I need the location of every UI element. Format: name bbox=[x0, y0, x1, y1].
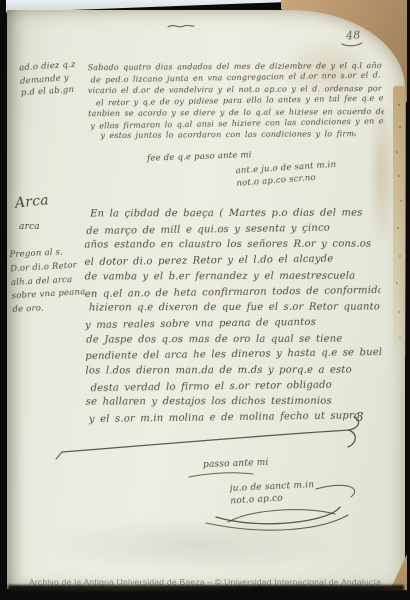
act-paragraph: En la çibdad de baeça ( Martes p.o dias … bbox=[84, 205, 382, 427]
margin-note-top: ad.o diez q.zdemande yp.d el ab.gn bbox=[19, 58, 93, 100]
margin-note-side: Pregon al s.D.or di.o Retoralh.a del arc… bbox=[9, 245, 93, 318]
manuscript-scan-photo: { "colors": { "frame": "#0c0b09", "parch… bbox=[0, 0, 410, 600]
scan-bottom-edge bbox=[8, 585, 404, 591]
margin-subheading-arca: arca bbox=[19, 222, 40, 232]
paper-stain bbox=[44, 518, 344, 572]
folio-number: 48 bbox=[345, 28, 360, 42]
notary-signature: ju.o de sanct m.innot.o ap.co bbox=[229, 479, 315, 507]
adjacent-page-edge-right bbox=[393, 86, 406, 358]
manuscript-line: y estos juntos lo acordaron con las cond… bbox=[100, 129, 355, 142]
ink-specks bbox=[398, 104, 400, 106]
manuscript-line: de vamba y el b.er fernandez y el maestr… bbox=[85, 268, 381, 285]
rubric-mark: 3 bbox=[356, 410, 364, 424]
manuscript-line: y el s.or m.in molina e de molina fecho … bbox=[89, 408, 382, 428]
opening-paragraph: Sabado quatro dias andados del mes de di… bbox=[88, 59, 385, 142]
